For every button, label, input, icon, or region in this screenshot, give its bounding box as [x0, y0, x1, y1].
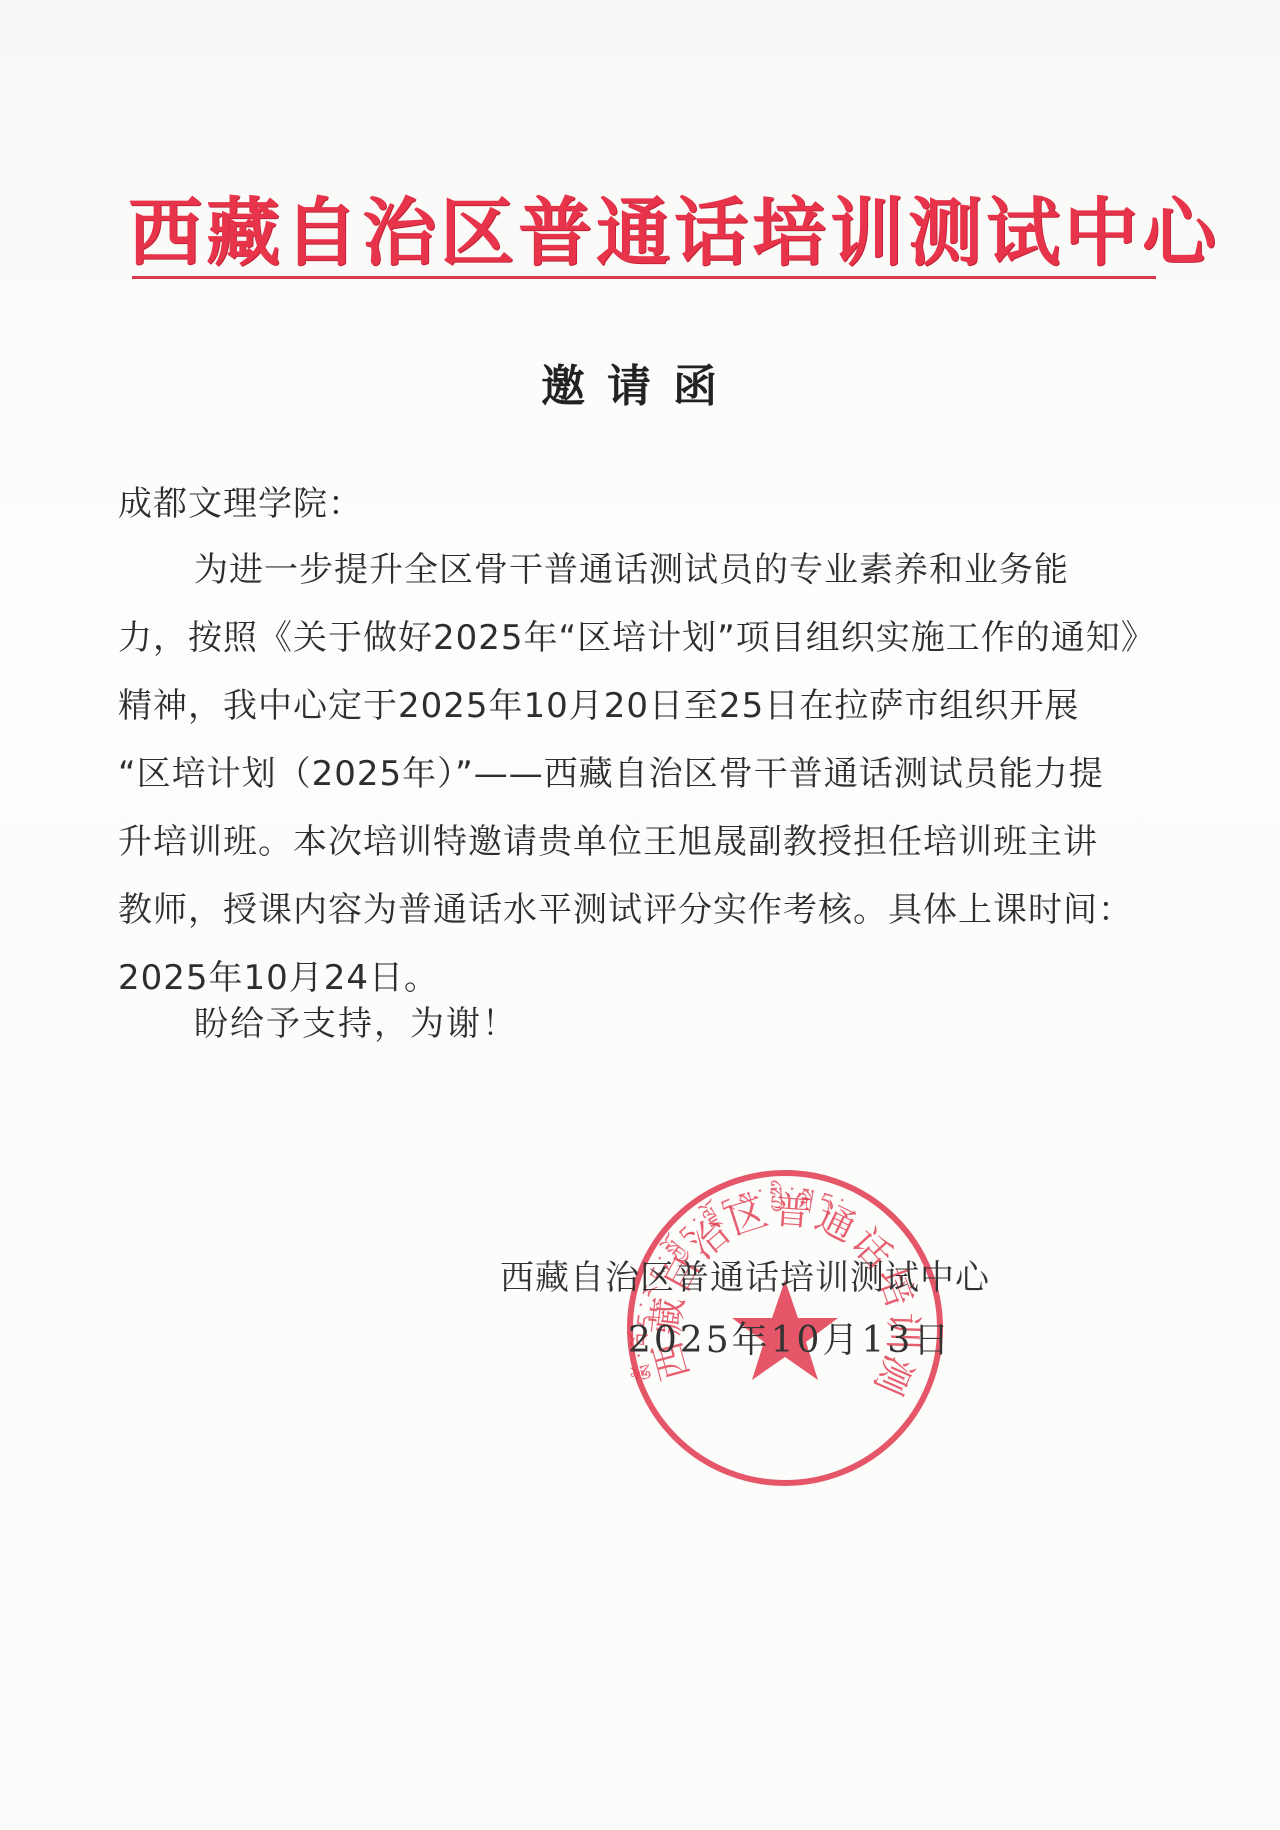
salutation: 成都文理学院：: [118, 470, 1158, 538]
document-page: 西藏自治区普通话培训测试中心 邀请函 成都文理学院： 为进一步提升全区骨干普通话…: [0, 0, 1280, 1830]
signature-date: 2025年10月13日: [628, 1312, 952, 1363]
body-paragraph: 为进一步提升全区骨干普通话测试员的专业素养和业务能 力，按照《关于做好2025年…: [118, 536, 1158, 1012]
letterhead-title: 西藏自治区普通话培训测试中心: [128, 188, 1158, 278]
letterhead-divider: [132, 276, 1156, 279]
body-line: “区培计划（2025年）”——西藏自治区骨干普通话测试员能力提: [118, 740, 1158, 808]
closing-remark: 盼给予支持，为谢！: [194, 996, 518, 1045]
body-line: 力，按照《关于做好2025年“区培计划”项目组织实施工作的通知》: [118, 604, 1158, 672]
signature-organization: 西藏自治区普通话培训测试中心: [500, 1250, 990, 1299]
body-line: 精神，我中心定于2025年10月20日至25日在拉萨市组织开展: [118, 672, 1158, 740]
body-line: 升培训班。本次培训特邀请贵单位王旭晟副教授担任培训班主讲: [118, 808, 1158, 876]
document-title: 邀请函: [0, 350, 1280, 414]
body-line: 教师，授课内容为普通话水平测试评分实作考核。具体上课时间：: [118, 876, 1158, 944]
body-line: 为进一步提升全区骨干普通话测试员的专业素养和业务能: [118, 536, 1158, 604]
